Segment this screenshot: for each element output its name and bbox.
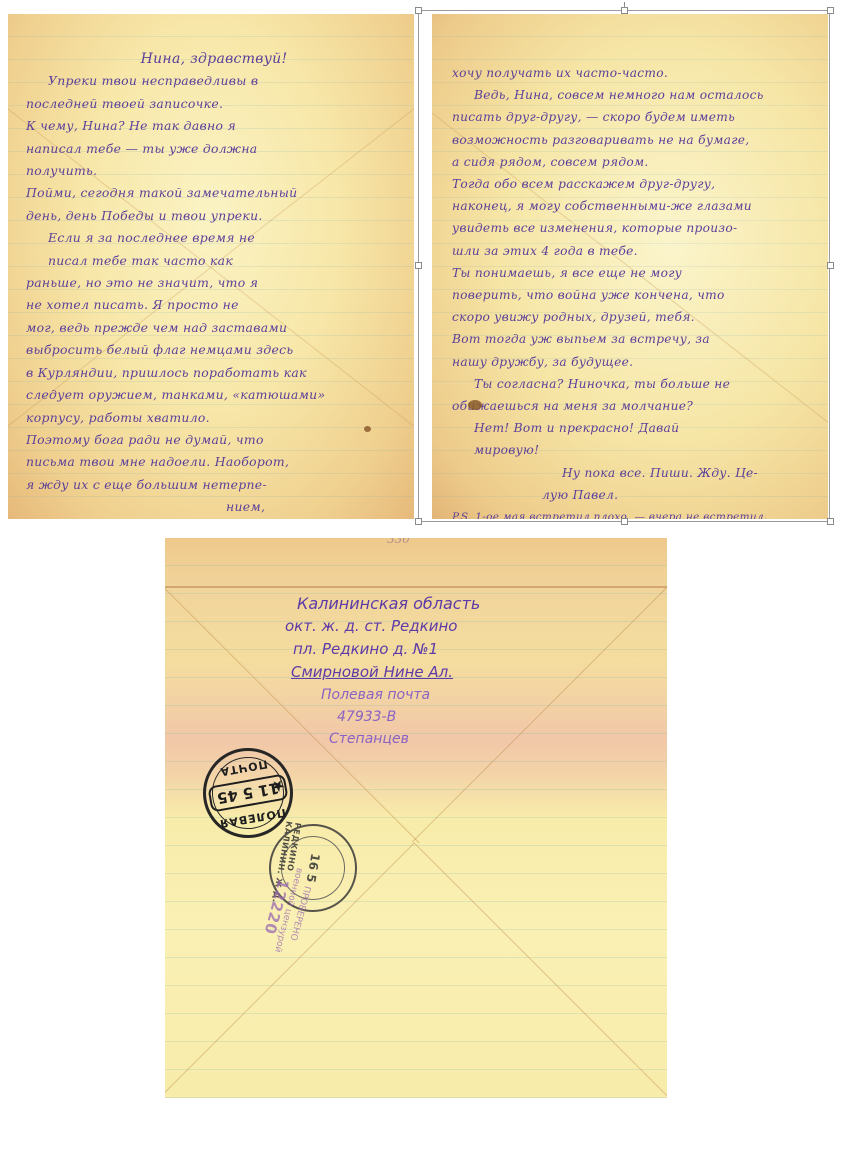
resize-handle-bottom-right[interactable] bbox=[827, 518, 834, 525]
letter-line: письма твои мне надоели. Наоборот, bbox=[26, 451, 392, 473]
letter-line: Если я за последнее время не bbox=[26, 227, 392, 249]
letter-greeting: Нина, здравствуй! bbox=[26, 48, 392, 70]
letter-line: скоро увижу родных, друзей, тебя. bbox=[452, 306, 806, 328]
resize-handle-top[interactable] bbox=[621, 7, 628, 14]
envelope-flap-edge bbox=[165, 586, 667, 588]
ink-stain bbox=[468, 400, 482, 410]
letter-line: мировую! bbox=[452, 439, 806, 461]
letter-line: хочу получать их часто-часто. bbox=[452, 62, 806, 84]
letter-line: последней твоей записочке. bbox=[26, 93, 392, 115]
letter-line: в Курляндии, пришлось поработать как bbox=[26, 362, 392, 384]
letter-postscript: P.S. 1-ое мая встретил плохо, — вчера не… bbox=[452, 506, 806, 519]
letter-line: мог, ведь прежде чем над заставами bbox=[26, 317, 392, 339]
letter-line: нашу дружбу, за будущее. bbox=[452, 351, 806, 373]
letter-line: писал тебе так часто как bbox=[26, 250, 392, 272]
letter-line: Тогда обо всем расскажем друг-другу, bbox=[452, 173, 806, 195]
handwritten-text: хочу получать их часто-часто. Ведь, Нина… bbox=[432, 14, 828, 519]
ink-stain bbox=[364, 426, 371, 432]
letter-line: написал тебе — ты уже должна bbox=[26, 138, 392, 160]
envelope-top-mark: 330 bbox=[387, 538, 410, 546]
sender-name: Степанцев bbox=[285, 728, 615, 750]
fold-crease bbox=[414, 843, 667, 1098]
field-post-number: 47933-В bbox=[285, 706, 615, 728]
letter-line: обижаешься на меня за молчание? bbox=[452, 395, 806, 417]
letter-line: Нет! Вот и прекрасно! Давай bbox=[452, 417, 806, 439]
letter-line: возможность разговаривать не на бумаге, bbox=[452, 129, 806, 151]
letter-page-2: хочу получать их часто-часто. Ведь, Нина… bbox=[432, 14, 828, 519]
letter-line: выбросить белый флаг немцами здесь bbox=[26, 339, 392, 361]
letter-line: наконец, я могу собственными-же глазами bbox=[452, 195, 806, 217]
letter-page-1: Нина, здравствуй! Упреки твои несправедл… bbox=[8, 14, 414, 519]
resize-handle-bottom[interactable] bbox=[621, 518, 628, 525]
letter-line: Ты понимаешь, я все еще не могу bbox=[452, 262, 806, 284]
star-icon: ★ bbox=[269, 776, 286, 797]
letter-line: следует оружием, танками, «катюшами» bbox=[26, 384, 392, 406]
recipient-address: Калининская область окт. ж. д. ст. Редки… bbox=[285, 592, 615, 750]
letter-line: К чему, Нина? Не так давно я bbox=[26, 115, 392, 137]
address-line: Калининская область bbox=[285, 592, 615, 615]
letter-closing: лую Павел. bbox=[452, 484, 806, 506]
address-line: пл. Редкино д. №1 bbox=[285, 638, 615, 661]
resize-handle-right[interactable] bbox=[827, 262, 834, 269]
resize-handle-bottom-left[interactable] bbox=[415, 518, 422, 525]
letter-line: писать друг-другу, — скоро будем иметь bbox=[452, 106, 806, 128]
letter-line: раньше, но это не значит, что я bbox=[26, 272, 392, 294]
address-line: окт. ж. д. ст. Редкино bbox=[285, 615, 615, 638]
letter-line: Вот тогда уж выпьем за встречу, за bbox=[452, 328, 806, 350]
letter-line: Ты согласна? Ниночка, ты больше не bbox=[452, 373, 806, 395]
envelope: 330 Калининская область окт. ж. д. ст. Р… bbox=[165, 538, 667, 1098]
letter-line: поверить, что война уже кончена, что bbox=[452, 284, 806, 306]
sender-line: Полевая почта bbox=[285, 684, 615, 706]
recipient-name: Смирновой Нине Ал. bbox=[285, 661, 615, 684]
letter-line: Упреки твои несправедливы в bbox=[26, 70, 392, 92]
resize-handle-top-left[interactable] bbox=[415, 7, 422, 14]
letter-line: увидеть все изменения, которые произо- bbox=[452, 217, 806, 239]
letter-line: нием, bbox=[26, 496, 392, 518]
letter-line: день, день Победы и твои упреки. bbox=[26, 205, 392, 227]
letter-line: Ведь, Нина, совсем немного нам осталось bbox=[452, 84, 806, 106]
resize-handle-left[interactable] bbox=[415, 262, 422, 269]
letter-line: получить. bbox=[26, 160, 392, 182]
letter-closing: Ну пока все. Пиши. Жду. Це- bbox=[452, 462, 806, 484]
handwritten-text: Нина, здравствуй! Упреки твои несправедл… bbox=[8, 14, 414, 519]
letter-line: не хотел писать. Я просто не bbox=[26, 294, 392, 316]
letter-line: Пойми, сегодня такой замечательный bbox=[26, 182, 392, 204]
letter-line: корпусу, работы хватило. bbox=[26, 407, 392, 429]
censor-stamp: ПРОВЕРЕНО военной цензурой 12220 bbox=[204, 838, 319, 968]
letter-line: а сидя рядом, совсем рядом. bbox=[452, 151, 806, 173]
resize-handle-top-right[interactable] bbox=[827, 7, 834, 14]
letter-line: шли за этих 4 года в тебе. bbox=[452, 240, 806, 262]
letter-line: я жду их с еще большим нетерпе- bbox=[26, 474, 392, 496]
letter-line: Поэтому бога ради не думай, что bbox=[26, 429, 392, 451]
